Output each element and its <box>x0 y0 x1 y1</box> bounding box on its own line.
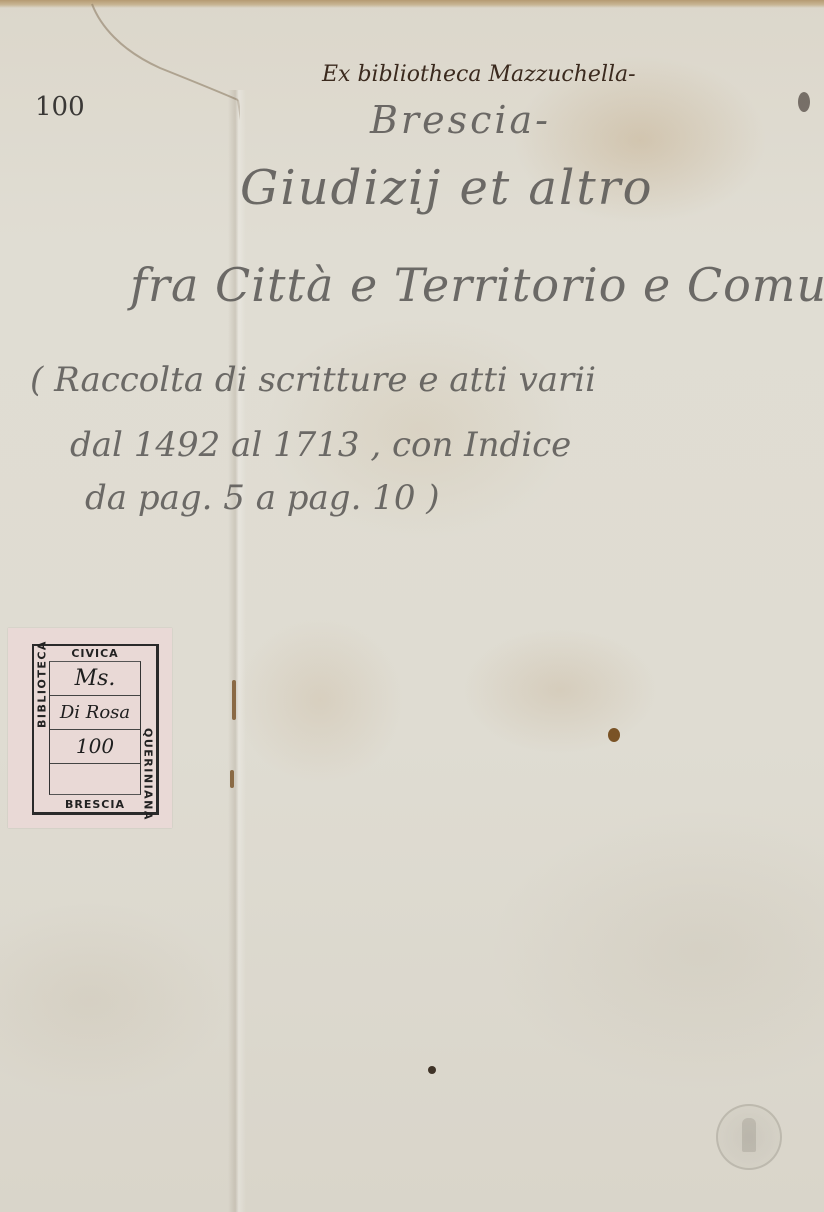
place-heading: Brescia- <box>370 98 551 142</box>
manuscript-page: 100 Ex bibliotheca Mazzuchella- Brescia-… <box>0 0 824 1212</box>
label-frame: CIVICA BIBLIOTECA QUERINIANA Ms. Di Rosa… <box>32 644 159 815</box>
library-shelf-label: CIVICA BIBLIOTECA QUERINIANA Ms. Di Rosa… <box>8 628 172 828</box>
label-inner-box: Ms. Di Rosa 100 <box>49 661 141 795</box>
label-row-collection: Di Rosa <box>50 696 140 730</box>
title-line-1: Giudizij et altro <box>240 160 654 216</box>
ink-blot <box>798 92 810 112</box>
label-row-empty <box>50 764 140 797</box>
label-brescia: BRESCIA <box>34 798 156 811</box>
description-line-3: da pag. 5 a pag. 10 ) <box>85 478 440 518</box>
provenance-note: Ex bibliotheca Mazzuchella- <box>322 62 636 87</box>
title-line-2: fra Città e Territorio e Comuni <box>130 258 824 312</box>
library-watermark-stamp-icon <box>716 1104 782 1170</box>
label-row-number: 100 <box>50 730 140 764</box>
ink-speck <box>428 1066 436 1074</box>
paper-tear <box>232 680 236 720</box>
wormhole-stain <box>608 728 620 742</box>
paper-tear <box>230 770 234 788</box>
description-line-2: dal 1492 al 1713 , con Indice <box>70 425 571 465</box>
description-line-1: ( Raccolta di scritture e atti varii <box>30 360 596 400</box>
label-row-ms: Ms. <box>50 662 140 696</box>
label-civica: CIVICA <box>34 647 156 660</box>
shelf-number: 100 <box>35 92 85 122</box>
